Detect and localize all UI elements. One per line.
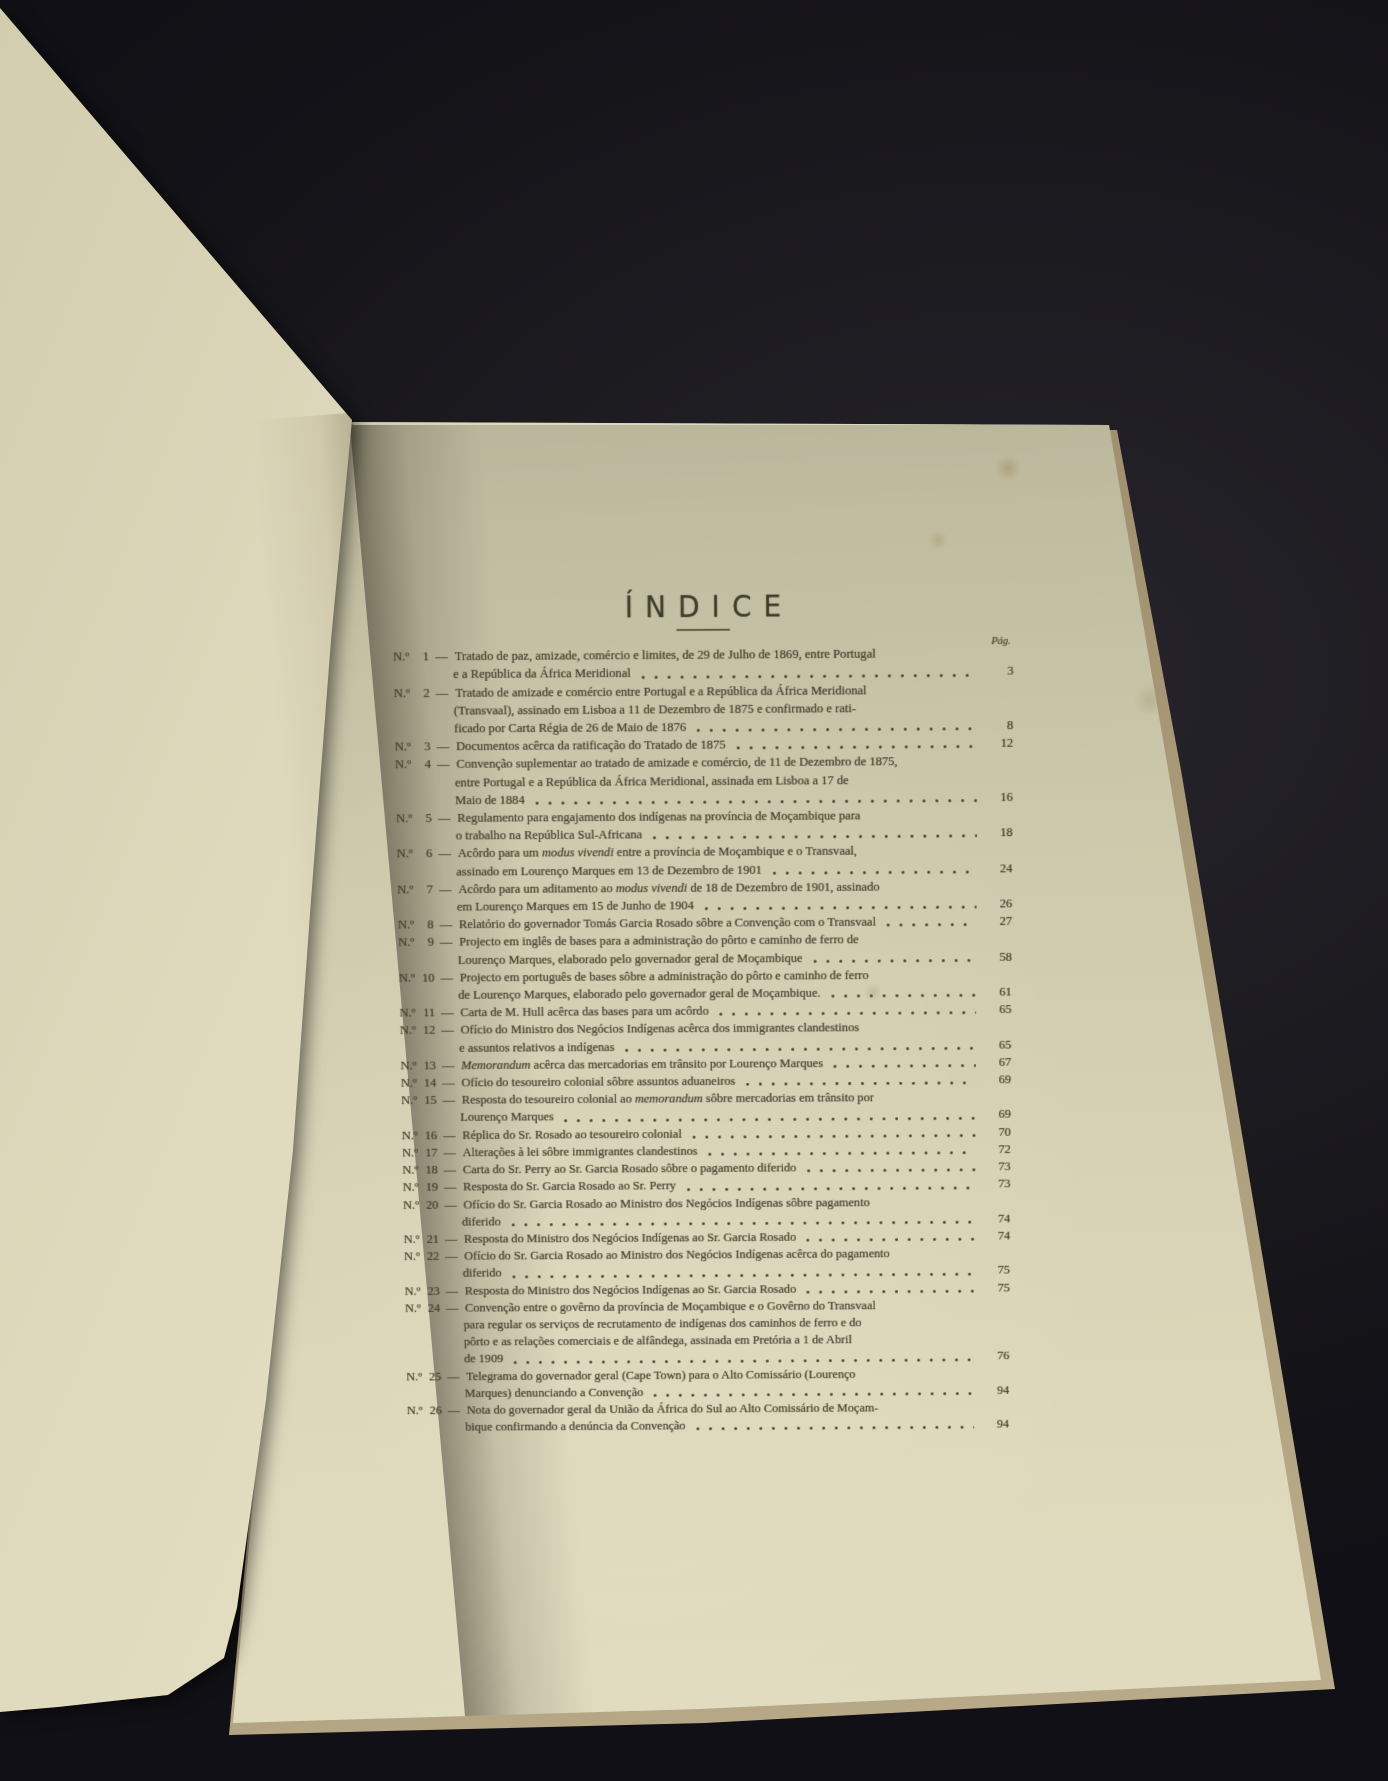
left-page: [0, 0, 1388, 1781]
left-page-edge-shade: [250, 412, 463, 1707]
book-photograph: ÍNDICE Pág. N.º1—Tratado de paz, amizade…: [0, 0, 1388, 1781]
left-page-wrap: [0, 0, 1388, 1781]
